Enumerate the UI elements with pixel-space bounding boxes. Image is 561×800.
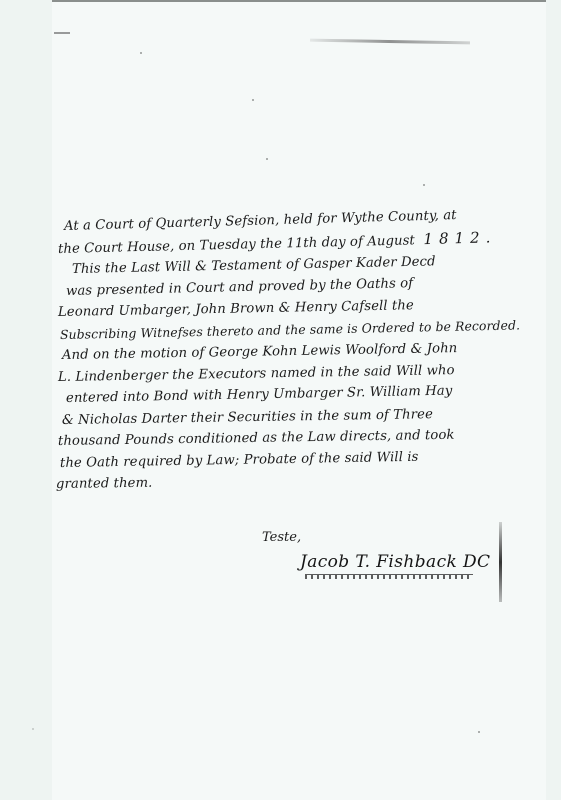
paper-speck — [32, 728, 34, 730]
clerk-signature: Jacob T. Fishback DC — [300, 552, 490, 572]
page-top-edge — [52, 0, 546, 2]
paper-speck — [140, 52, 142, 54]
signature-flourish-underline — [305, 574, 473, 579]
attestation-label: Teste, — [262, 530, 301, 545]
paper-speck — [423, 184, 425, 186]
record-year: 1812. — [423, 228, 496, 248]
paper-speck — [252, 99, 254, 101]
paper-speck — [478, 731, 480, 733]
stray-ink-mark-left — [54, 32, 70, 34]
paper-speck — [266, 158, 268, 160]
margin-ink-line — [499, 522, 502, 602]
handwritten-record-body: At a Court of Quarterly Sefsion, held fo… — [64, 216, 514, 496]
